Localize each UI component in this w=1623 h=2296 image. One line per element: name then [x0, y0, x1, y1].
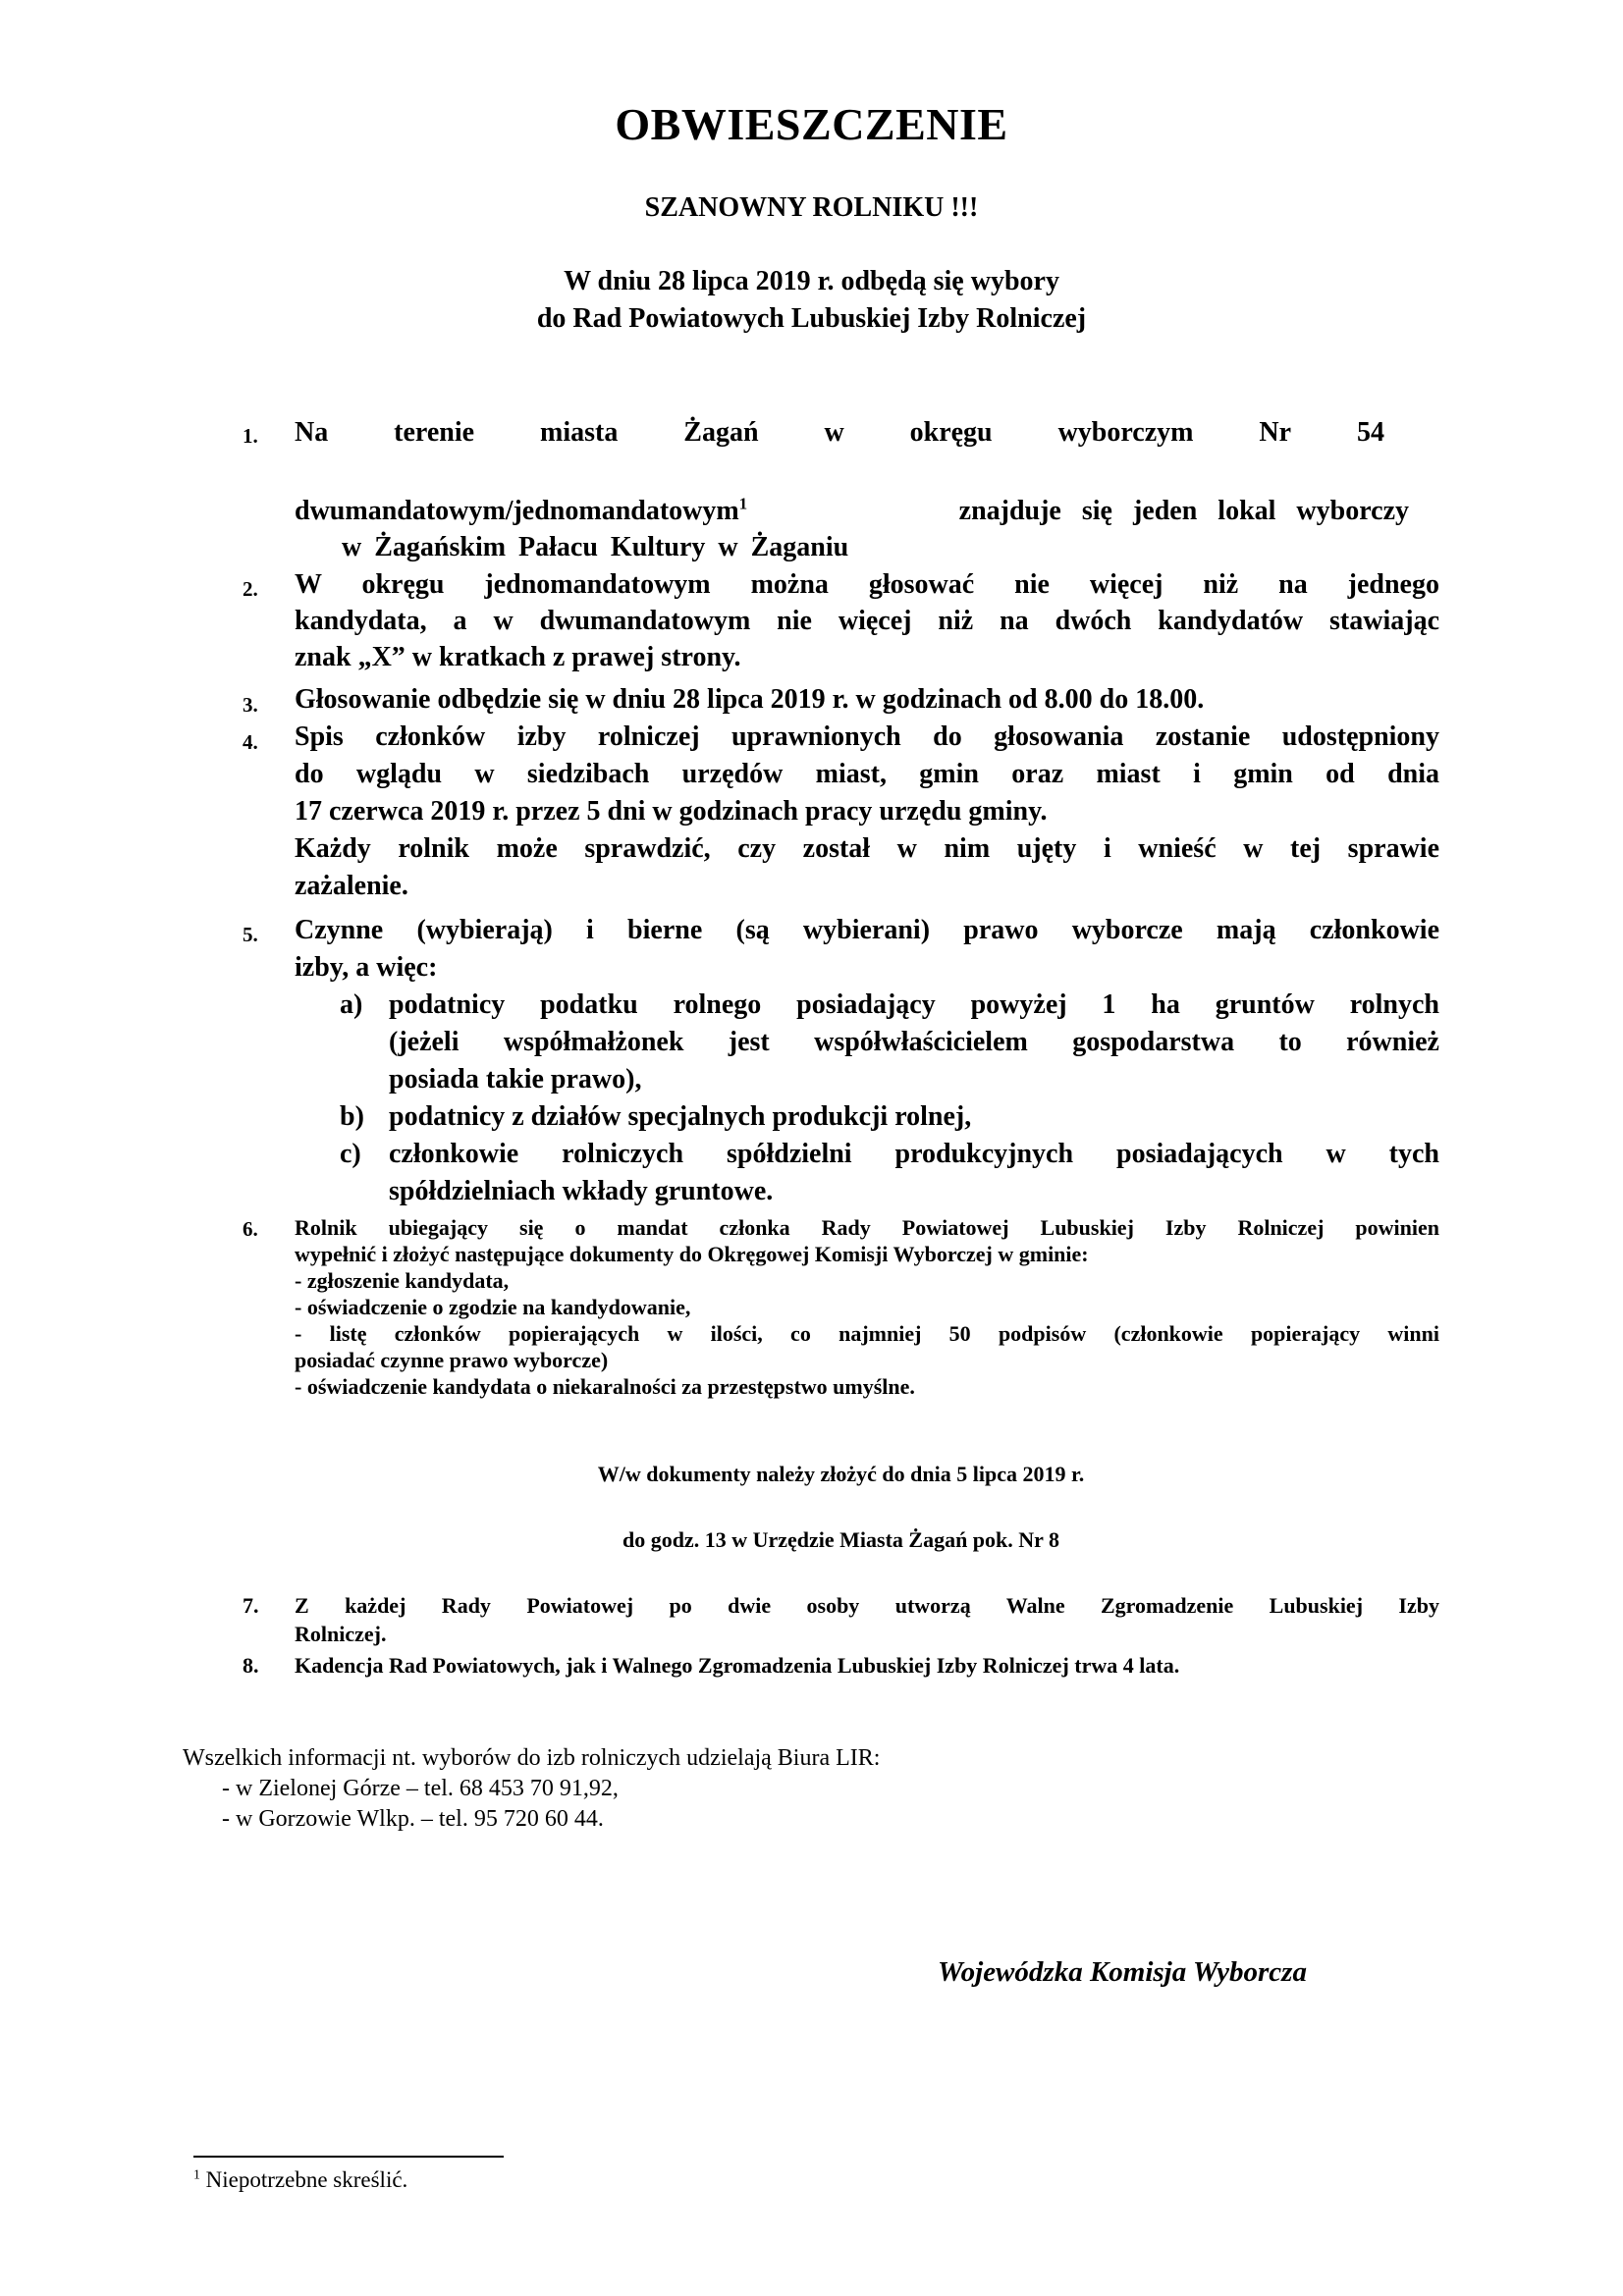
footnote-divider: [193, 2156, 504, 2158]
item-2-line-2: kandydata, a w dwumandatowym nie więcej …: [295, 606, 1439, 637]
footnote-text: Niepotrzebne skreślić.: [206, 2167, 408, 2192]
item-6-line-3: - zgłoszenie kandydata,: [295, 1268, 509, 1294]
item-4-line-1: Spis członków izby rolniczej uprawnionyc…: [295, 721, 1439, 753]
item-1-line-1: NatereniemiastaŻagańwokręguwyborczymNr54: [295, 417, 1384, 449]
item-6-line-7: - oświadczenie kandydata o niekaralności…: [295, 1374, 915, 1400]
footnote-ref: 1: [739, 495, 747, 513]
item-number: 1.: [243, 424, 258, 449]
item-6-line-6: posiadać czynne prawo wyborcze): [295, 1348, 608, 1373]
item-line: NatereniemiastaŻagańwokręguwyborczymNr54: [295, 417, 1384, 449]
contact-heading: Wszelkich informacji nt. wyborów do izb …: [183, 1745, 880, 1772]
item-7-line-1: Z każdej Rady Powiatowej po dwie osoby u…: [295, 1593, 1439, 1619]
item-1-line-3: w Żagańskim Pałacu Kultury w Żaganiu: [342, 532, 848, 563]
intro-line-2: do Rad Powiatowych Lubuskiej Izby Rolnic…: [0, 300, 1623, 338]
intro: W dniu 28 lipca 2019 r. odbędą się wybor…: [0, 263, 1623, 338]
greeting: SZANOWNY ROLNIKU !!!: [0, 192, 1623, 224]
item-2-line-1: W okręgu jednomandatowym można głosować …: [295, 569, 1439, 601]
footnote: 1 Niepotrzebne skreślić.: [193, 2167, 407, 2193]
item-6-line-1: Rolnik ubiegający się o mandat członka R…: [295, 1215, 1439, 1241]
contact-line-zielona-gora: - w Zielonej Górze – tel. 68 453 70 91,9…: [222, 1776, 619, 1802]
item-6-line-5: - listę członków popierających w ilości,…: [295, 1321, 1439, 1347]
footnote-marker: 1: [193, 2166, 200, 2181]
item-4-line-4: Każdy rolnik może sprawdzić, czy został …: [295, 833, 1439, 865]
item-6-line-4: - oświadczenie o zgodzie na kandydowanie…: [295, 1295, 690, 1320]
item-5-line-1: Czynne (wybierają) i bierne (są wybieran…: [295, 915, 1439, 946]
deadline-line-1: W/w dokumenty należy złożyć do dnia 5 li…: [0, 1462, 1623, 1487]
item-8-line-1: Kadencja Rad Powiatowych, jak i Walnego …: [295, 1653, 1179, 1679]
deadline-line-2: do godz. 13 w Urzędzie Miasta Żagań pok.…: [0, 1527, 1623, 1553]
item-1-line-2: dwumandatowym/jednomandatowym1 znajduje …: [295, 496, 1409, 527]
item-5-line-2: izby, a więc:: [295, 952, 437, 984]
item-3-line-1: Głosowanie odbędzie się w dniu 28 lipca …: [295, 684, 1204, 716]
signature: Wojewódzka Komisja Wyborcza: [938, 1956, 1307, 1989]
item-4-line-2: do wglądu w siedzibach urzędów miast, gm…: [295, 759, 1439, 790]
item-2-line-3: znak „X” w kratkach z prawej strony.: [295, 642, 740, 673]
item-4-line-3: 17 czerwca 2019 r. przez 5 dni w godzina…: [295, 796, 1048, 828]
item-6-line-2: wypełnić i złożyć następujące dokumenty …: [295, 1242, 1089, 1267]
page-title: OBWIESZCZENIE: [0, 98, 1623, 150]
intro-line-1: W dniu 28 lipca 2019 r. odbędą się wybor…: [0, 263, 1623, 300]
item-7-line-2: Rolniczej.: [295, 1622, 386, 1647]
contact-line-gorzow: - w Gorzowie Wlkp. – tel. 95 720 60 44.: [222, 1806, 604, 1833]
item-4-line-5: zażalenie.: [295, 871, 408, 902]
